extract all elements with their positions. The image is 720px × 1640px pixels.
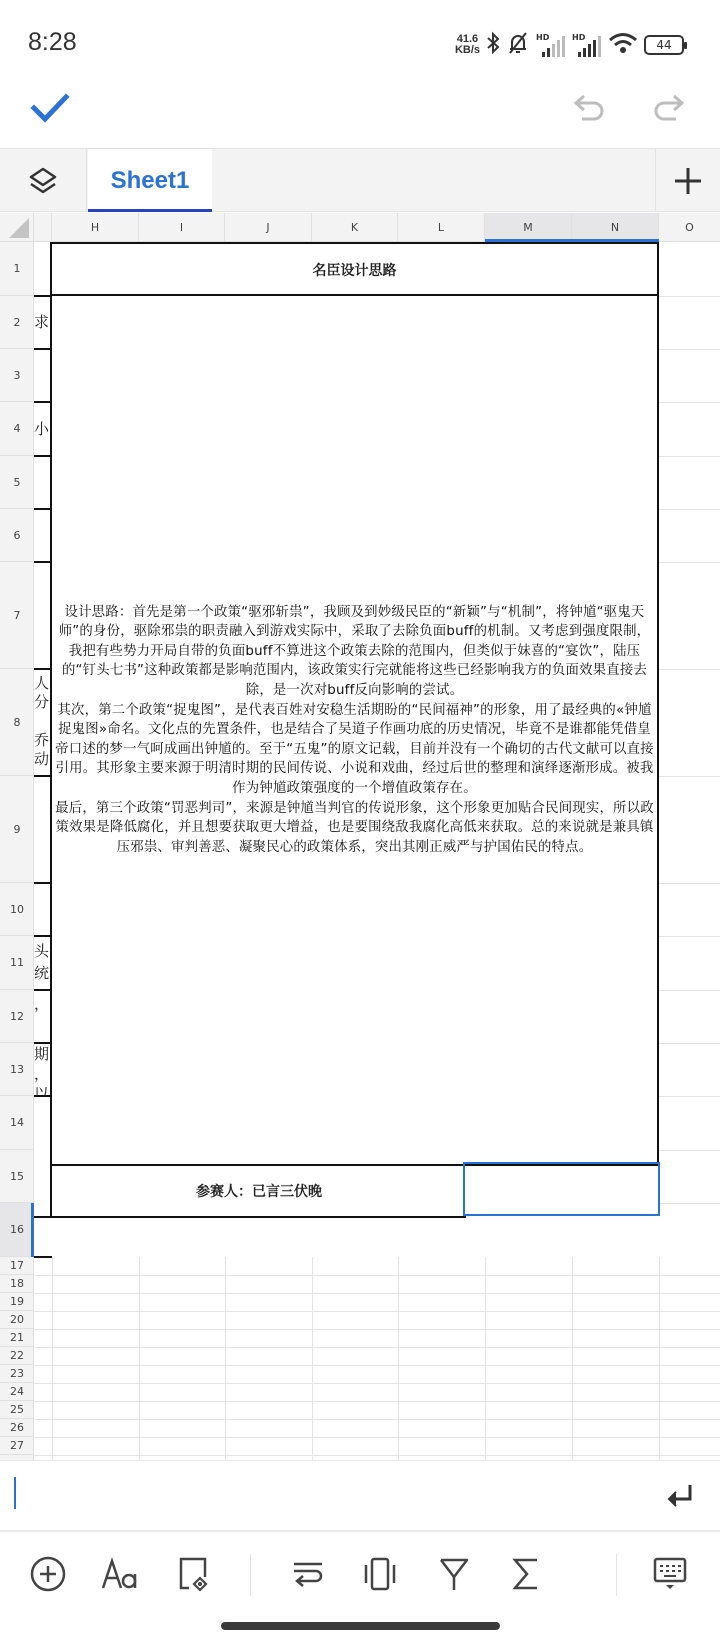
signal-sim2-icon: HD	[572, 33, 602, 57]
column-header-o[interactable]: O	[659, 213, 720, 242]
keyboard-hide-icon	[652, 1556, 688, 1592]
sheet-tab-bar: Sheet1	[0, 148, 720, 212]
cell-input[interactable]	[12, 1473, 632, 1519]
title-cell-h1[interactable]: 名臣设计思路	[50, 242, 659, 296]
selected-cell-m16[interactable]	[463, 1162, 660, 1216]
sheet-list-button[interactable]	[0, 149, 87, 212]
confirm-button[interactable]	[28, 86, 72, 130]
spreadsheet-grid[interactable]: H I J K L M N O 1 2 3 4 5 6 7 8 9 10 11 …	[0, 213, 720, 1460]
row-header-22[interactable]: 22	[0, 1347, 34, 1365]
bell-muted-icon	[506, 31, 530, 59]
sigma-icon	[511, 1556, 541, 1592]
wifi-icon	[608, 31, 638, 59]
row-header-21[interactable]: 21	[0, 1329, 34, 1347]
text-cursor	[14, 1477, 16, 1509]
row-header-16[interactable]: 16	[0, 1203, 34, 1257]
text-format-icon	[100, 1555, 140, 1593]
enter-button[interactable]	[660, 1477, 700, 1517]
row-header-4[interactable]: 4	[0, 402, 34, 456]
column-header-m[interactable]: M	[485, 213, 572, 242]
row-header-6[interactable]: 6	[0, 509, 34, 562]
row-header-14[interactable]: 14	[0, 1096, 34, 1150]
row-headers: 1 2 3 4 5 6 7 8 9 10 11 12 13 14 15 16 1…	[0, 242, 34, 1460]
column-header-n[interactable]: N	[572, 213, 659, 242]
enter-icon	[660, 1477, 700, 1517]
select-all-corner[interactable]	[0, 213, 34, 242]
plus-icon	[673, 166, 703, 196]
row-header-25[interactable]: 25	[0, 1401, 34, 1419]
column-header-g[interactable]	[34, 213, 52, 242]
row-header-17[interactable]: 17	[0, 1257, 34, 1275]
network-speed-unit: KB/s	[455, 45, 480, 56]
cell-preview-button[interactable]	[172, 1552, 216, 1596]
check-icon	[28, 86, 72, 130]
cell-view-icon	[177, 1555, 211, 1593]
row-header-1[interactable]: 1	[0, 242, 34, 296]
bottom-toolbar	[0, 1534, 720, 1614]
column-header-j[interactable]: J	[225, 213, 312, 242]
design-notes-text: 设计思路：首先是第一个政策“驱邪斩祟”，我顾及到妙级民臣的“新颖”与“机制”，将…	[54, 603, 655, 858]
clock: 8:28	[28, 28, 77, 57]
row-header-5[interactable]: 5	[0, 456, 34, 509]
row-header-23[interactable]: 23	[0, 1365, 34, 1383]
row-header-18[interactable]: 18	[0, 1275, 34, 1293]
text-format-button[interactable]	[98, 1552, 142, 1596]
row-header-8[interactable]: 8	[0, 669, 34, 776]
tab-sheet1[interactable]: Sheet1	[88, 149, 212, 212]
redo-button[interactable]	[648, 88, 688, 128]
row-header-15[interactable]: 15	[0, 1150, 34, 1203]
row-header-9[interactable]: 9	[0, 776, 34, 883]
column-headers: H I J K L M N O	[34, 213, 720, 242]
column-header-i[interactable]: I	[139, 213, 225, 242]
column-header-h[interactable]: H	[52, 213, 139, 242]
signal-sim1-icon: HD	[536, 33, 566, 57]
layers-icon	[26, 164, 60, 198]
network-speed: 41.6 KB/s	[455, 34, 480, 56]
column-header-l[interactable]: L	[398, 213, 485, 242]
row-header-19[interactable]: 19	[0, 1293, 34, 1311]
undo-icon	[570, 88, 610, 128]
formula-bar	[0, 1460, 720, 1532]
column-header-k[interactable]: K	[312, 213, 398, 242]
bluetooth-icon	[486, 31, 500, 59]
row-header-24[interactable]: 24	[0, 1383, 34, 1401]
add-sheet-button[interactable]	[655, 149, 720, 212]
home-indicator[interactable]	[221, 1622, 500, 1630]
row-header-26[interactable]: 26	[0, 1419, 34, 1437]
status-icons: 41.6 KB/s HD HD 44	[455, 30, 684, 60]
wrap-text-icon	[290, 1556, 326, 1592]
freeze-button[interactable]	[358, 1552, 402, 1596]
row-header-11[interactable]: 11	[0, 936, 34, 990]
battery-indicator: 44	[644, 35, 684, 55]
sum-button[interactable]	[504, 1552, 548, 1596]
filter-icon	[437, 1555, 471, 1593]
row-header-3[interactable]: 3	[0, 349, 34, 402]
action-bar	[0, 80, 720, 142]
undo-button[interactable]	[570, 88, 610, 128]
hide-keyboard-button[interactable]	[648, 1552, 692, 1596]
row-header-7[interactable]: 7	[0, 562, 34, 669]
row-header-13[interactable]: 13	[0, 1043, 34, 1096]
design-notes-cell-h2[interactable]: 设计思路：首先是第一个政策“驱邪斩祟”，我顾及到妙级民臣的“新颖”与“机制”，将…	[50, 294, 659, 1166]
participant-cell-h16[interactable]: 参赛人：已言三伏晚	[50, 1164, 466, 1218]
freeze-panes-icon	[362, 1555, 398, 1593]
insert-button[interactable]	[26, 1552, 70, 1596]
row-header-12[interactable]: 12	[0, 990, 34, 1043]
redo-icon	[648, 88, 688, 128]
row-header-10[interactable]: 10	[0, 883, 34, 936]
filter-button[interactable]	[432, 1552, 476, 1596]
row-header-2[interactable]: 2	[0, 296, 34, 349]
plus-circle-icon	[29, 1555, 67, 1593]
status-bar: 8:28 41.6 KB/s HD HD	[0, 0, 720, 80]
cell-area[interactable]: 求 小 人 分 乔 动 头 统 ， 期 ， 以 名臣设计思路 设计思路：首先是第…	[34, 242, 720, 1460]
row-header-27[interactable]: 27	[0, 1437, 34, 1455]
row-header-20[interactable]: 20	[0, 1311, 34, 1329]
wrap-text-button[interactable]	[286, 1552, 330, 1596]
